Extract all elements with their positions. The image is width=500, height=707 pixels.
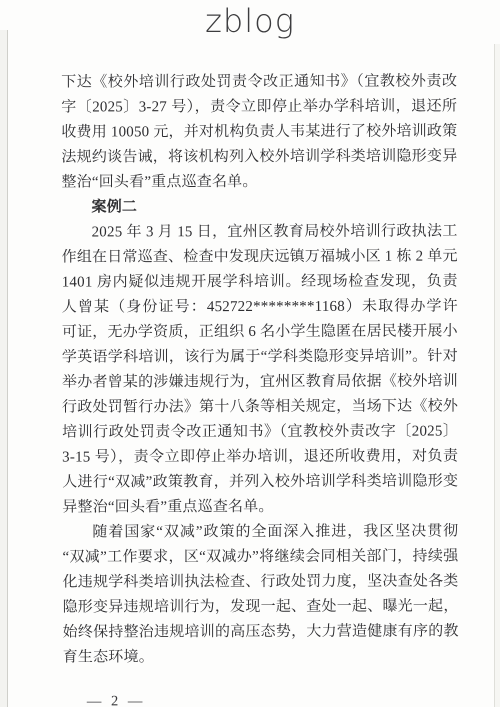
case-two-heading: 案例二: [61, 194, 457, 220]
site-header: zblog: [0, 0, 500, 48]
scanned-document-page: 下达《校外培训行政处罚责令改正通知书》（宜教校外责改字〔2025〕3-27 号）…: [61, 69, 459, 707]
scan-edge-right: [494, 44, 500, 707]
blog-page: zblog 下达《校外培训行政处罚责令改正通知书》（宜教校外责改字〔2025〕3…: [0, 0, 500, 707]
site-title: zblog: [0, 0, 500, 40]
paragraph-case-two-body: 2025 年 3 月 15 日，宜州区教育局校外培训行政执法工作组在日常巡查、检…: [62, 219, 459, 520]
page-number: — 2 —: [87, 688, 459, 707]
paragraph-conclusion: 随着国家“双减”政策的全面深入推进，我区坚决贯彻“双减”工作要求，区“双减办”将…: [62, 519, 458, 670]
paragraph-penalty-notice-continuation: 下达《校外培训行政处罚责令改正通知书》（宜教校外责改字〔2025〕3-27 号）…: [61, 69, 457, 195]
scan-edge-left: [0, 30, 8, 707]
